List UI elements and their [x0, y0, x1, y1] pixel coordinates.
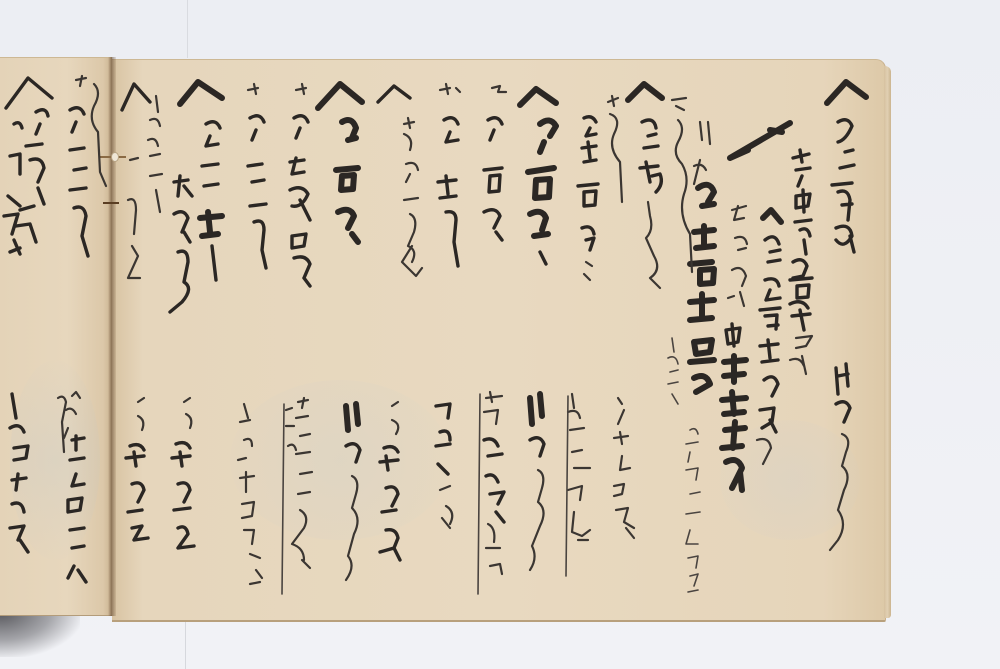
page-stack-edge [884, 66, 891, 618]
left-page [0, 57, 112, 616]
binding-knot [111, 152, 119, 162]
backdrop-seam [187, 0, 188, 58]
backdrop-seam [185, 615, 186, 669]
right-page [112, 59, 886, 622]
book-shadow [0, 612, 80, 657]
binding-thread [103, 202, 119, 204]
book-gutter [108, 57, 116, 616]
